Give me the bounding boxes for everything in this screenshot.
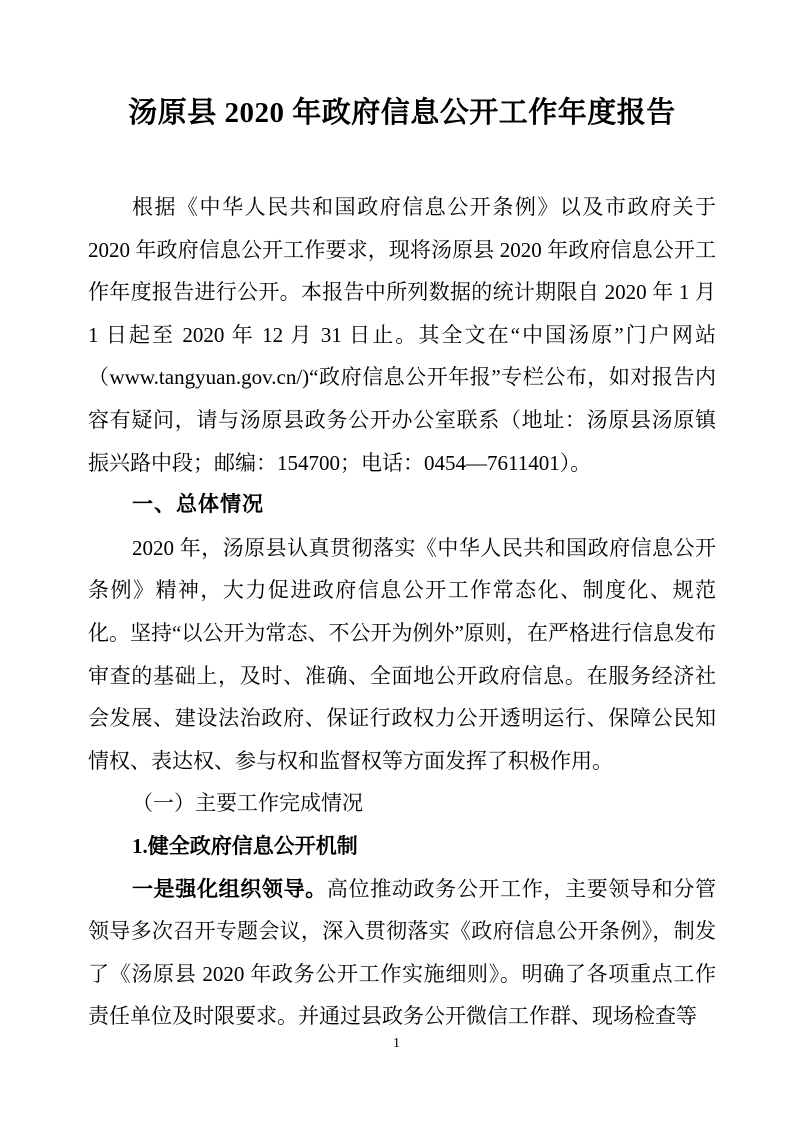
page-number: 1 — [0, 1036, 793, 1052]
paragraph-lead-bold: 一是强化组织领导。 — [132, 877, 327, 901]
document-title: 汤原县 2020 年政府信息公开工作年度报告 — [88, 0, 716, 134]
document-body: 根据《中华人民共和国政府信息公开条例》以及市政府关于 2020 年政府信息公开工… — [88, 186, 716, 1038]
subsection-heading-main-work: （一）主要工作完成情况 — [88, 782, 716, 825]
section-heading-overall-situation: 一、总体情况 — [88, 484, 716, 527]
document-page: 汤原县 2020 年政府信息公开工作年度报告 根据《中华人民共和国政府信息公开条… — [0, 0, 793, 1122]
paragraph-intro: 根据《中华人民共和国政府信息公开条例》以及市政府关于 2020 年政府信息公开工… — [88, 186, 716, 484]
subsection-heading-mechanism: 1.健全政府信息公开机制 — [88, 825, 716, 868]
paragraph-overall-situation: 2020 年，汤原县认真贯彻落实《中华人民共和国政府信息公开条例》精神，大力促进… — [88, 527, 716, 783]
paragraph-organization-leadership: 一是强化组织领导。高位推动政务公开工作，主要领导和分管领导多次召开专题会议，深入… — [88, 868, 716, 1038]
document-content: 汤原县 2020 年政府信息公开工作年度报告 根据《中华人民共和国政府信息公开条… — [88, 0, 716, 1038]
